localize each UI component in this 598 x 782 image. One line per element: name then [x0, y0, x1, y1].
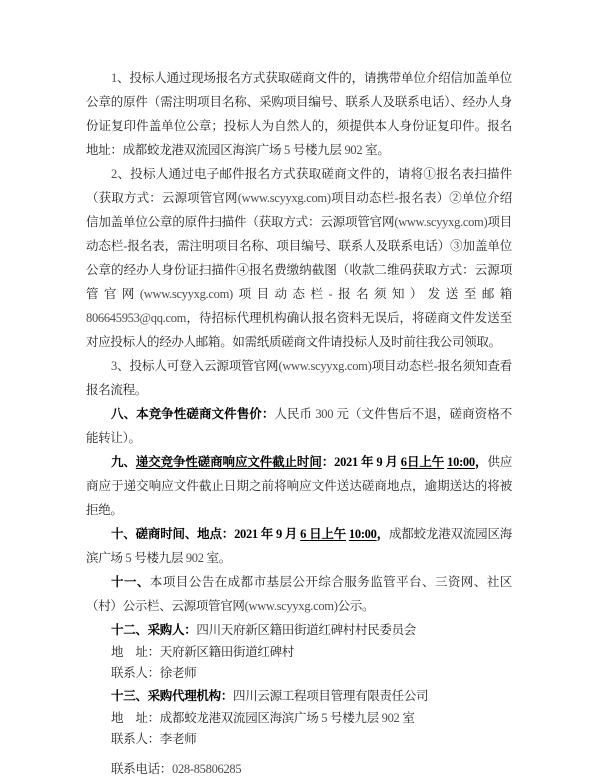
latin-text: 10:00: [349, 527, 377, 541]
latin-text: -: [123, 239, 127, 253]
text-run: 联系电话：028-85806285: [111, 762, 241, 776]
text-run: 1、投标人通过现场报名方式获取磋商文件的，请携带单位介绍信加盖单位公章的原件（需…: [86, 71, 512, 157]
section-9-submission-deadline: 九、递交竞争性磋商响应文件截止时间：2021 年 9 月 6日上午 10:00，…: [86, 450, 512, 522]
text-run: 本项目公告在成都市基层公开综合服务监管平台、三资网、社区（村）公示栏、云源项管官…: [86, 575, 512, 613]
text-run: 递交竞争性磋商响应文件截止时间: [136, 455, 322, 469]
text-run: 十二、采购人：: [111, 623, 196, 637]
latin-text: 10:00: [447, 455, 475, 469]
text-run: 2、投标人通过电子邮件报名方式获取磋商文件的，请将①报名表扫描件（获取方式：云源…: [86, 167, 512, 349]
agency-phone: 联系电话：028-85806285: [86, 759, 512, 780]
latin-text: 902: [183, 551, 207, 565]
latin-text: 2: [111, 167, 117, 181]
latin-text: -: [328, 287, 332, 301]
latin-text: -: [394, 191, 398, 205]
document-page: 1、投标人通过现场报名方式获取磋商文件的，请携带单位介绍信加盖单位公章的原件（需…: [0, 0, 598, 782]
section-12-purchaser: 十二、采购人：四川天府新区籍田街道红碑村村民委员会: [86, 618, 512, 642]
section-10-consultation-time-place: 十、磋商时间、地点：2021 年 9 月 6 日上午 10:00，成都蛟龙港双流…: [86, 522, 512, 570]
text-run: 四川天府新区籍田街道红碑村村民委员会: [196, 623, 416, 637]
text-run: 八、本竞争性磋商文件售价：: [111, 407, 274, 421]
document-body: 1、投标人通过现场报名方式获取磋商文件的，请携带单位介绍信加盖单位公章的原件（需…: [0, 0, 598, 780]
latin-text: (www.scyyxg.com): [278, 359, 371, 373]
text-run: ：: [322, 455, 334, 469]
text-run: 联系人：徐老师: [111, 666, 196, 680]
text-run: 十、磋商时间、地点：: [111, 527, 234, 541]
latin-text: 1: [111, 71, 117, 85]
text-run: 10:00: [349, 527, 377, 541]
text-run: 地 址：天府新区籍田街道红碑村: [111, 645, 294, 659]
text-run: 四川云源工程项目管理有限责任公司: [233, 689, 428, 703]
text-run: 2021 年 9 月: [234, 527, 300, 541]
latin-text: 5: [123, 551, 135, 565]
latin-text: 902: [342, 143, 366, 157]
text-run: 联系人：李老师: [111, 732, 196, 746]
agency-address: 地 址：成都蛟龙港双流园区海滨广场 5 号楼九层 902 室: [86, 708, 512, 729]
latin-text: 902: [379, 711, 403, 725]
latin-text: 806645953@qq.com: [86, 311, 186, 325]
text-run: 6日上午: [401, 455, 444, 469]
latin-text: 5: [318, 711, 330, 725]
text-run: 十一、: [111, 575, 150, 589]
latin-text: 6: [401, 455, 407, 469]
latin-text: 9: [373, 455, 385, 469]
latin-text: -: [434, 359, 438, 373]
section-11-announcement-platforms: 十一、本项目公告在成都市基层公开综合服务监管平台、三资网、社区（村）公示栏、云源…: [86, 570, 512, 618]
text-run: ，: [377, 527, 389, 541]
text-run: 地 址：成都蛟龙港双流园区海滨广场 5 号楼九层 902 室: [111, 711, 415, 725]
section-13-procurement-agency: 十三、采购代理机构：四川云源工程项目管理有限责任公司: [86, 684, 512, 708]
latin-text: 6: [300, 527, 309, 541]
text-run: 10:00: [447, 455, 475, 469]
agency-contact-person: 联系人：李老师: [86, 729, 512, 750]
latin-text: (www.scyyxg.com): [238, 191, 331, 205]
text-run: ，: [475, 455, 488, 469]
latin-text: (www.scyyxg.com): [245, 599, 338, 613]
purchaser-contact-person: 联系人：徐老师: [86, 663, 512, 684]
latin-text: 300: [312, 407, 336, 421]
latin-text: (www.scyyxg.com): [140, 287, 233, 301]
para-registration-onsite: 1、投标人通过现场报名方式获取磋商文件的，请携带单位介绍信加盖单位公章的原件（需…: [86, 66, 512, 162]
para-registration-guide: 3、投标人可登入云源项管官网(www.scyyxg.com)项目动态栏-报名须知…: [86, 354, 512, 402]
latin-text: 2021: [334, 455, 361, 469]
latin-text: 2021: [234, 527, 261, 541]
para-registration-email: 2、投标人通过电子邮件报名方式获取磋商文件的，请将①报名表扫描件（获取方式：云源…: [86, 162, 512, 354]
latin-text: 5: [281, 143, 293, 157]
latin-text: 3: [111, 359, 117, 373]
latin-text: 9: [273, 527, 285, 541]
section-8-document-price: 八、本竞争性磋商文件售价：人民币 300 元（文件售后不退，磋商资格不能转让）。: [86, 402, 512, 450]
latin-text: 028-85806285: [172, 762, 241, 776]
text-run: 3、投标人可登入云源项管官网(www.scyyxg.com)项目动态栏-报名须知…: [86, 359, 512, 397]
purchaser-address: 地 址：天府新区籍田街道红碑村: [86, 642, 512, 663]
text-run: 九、: [111, 455, 136, 469]
text-run: 6 日上午: [300, 527, 346, 541]
text-run: 十三、采购代理机构：: [111, 689, 233, 703]
latin-text: (www.scyyxg.com): [394, 215, 487, 229]
text-run: 2021 年 9 月: [334, 455, 401, 469]
